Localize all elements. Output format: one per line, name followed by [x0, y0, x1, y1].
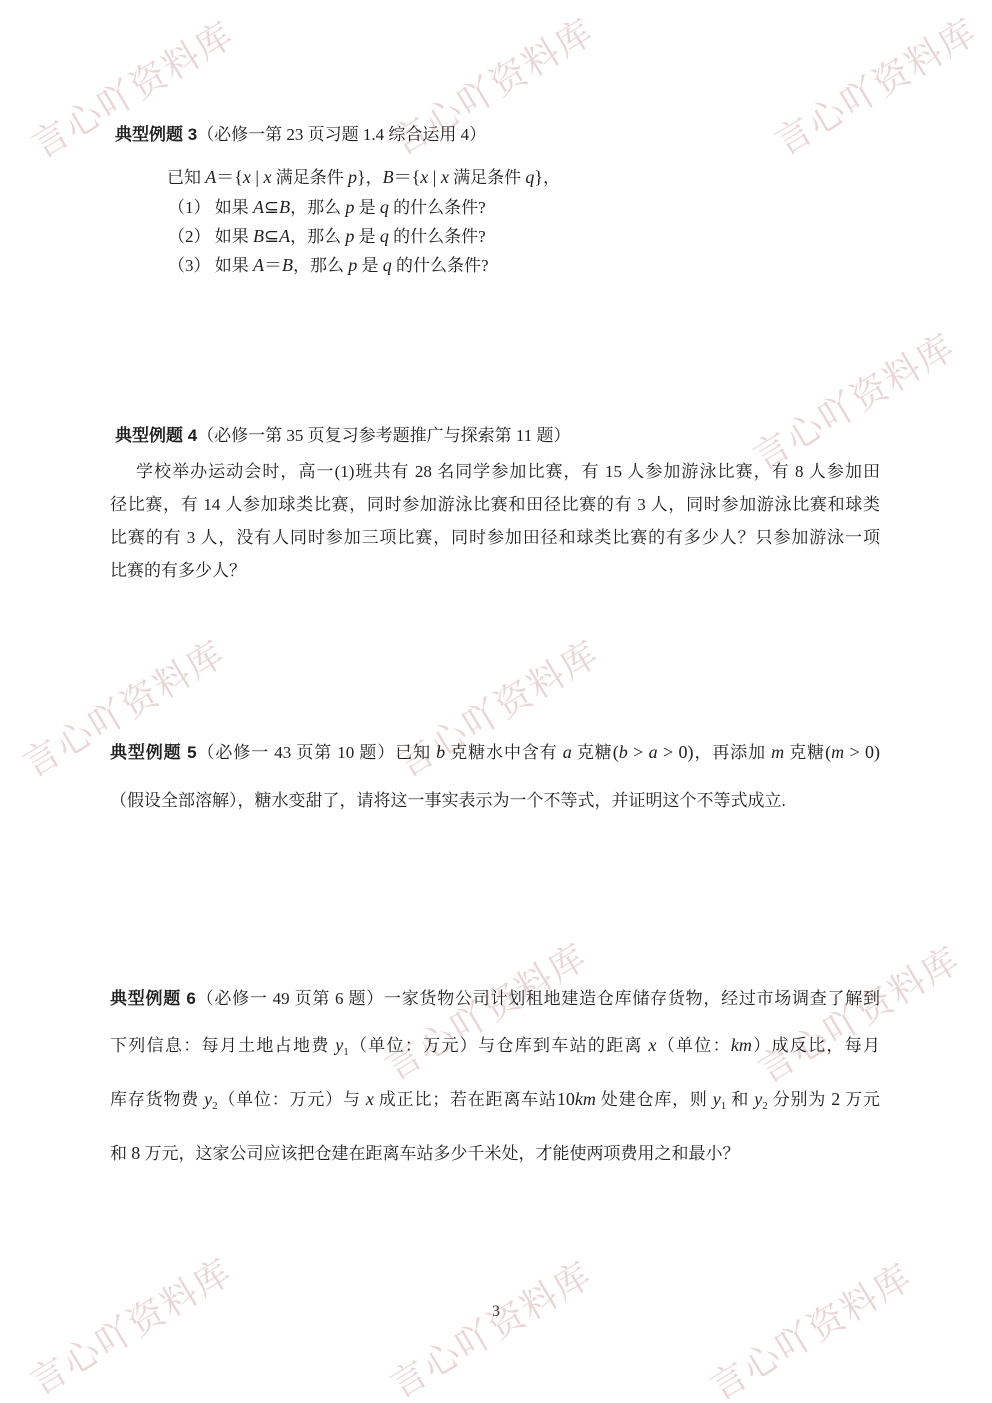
text-segment: 比赛的有 3 人，没有人同时参加三项比赛，同时参加田径和球类比赛的有多少人？只参… [110, 528, 880, 547]
text-segment: q [383, 255, 392, 275]
text-segment: } [357, 167, 366, 187]
text-segment: 的什么条件? [389, 198, 486, 217]
text-segment: 2 [831, 1089, 840, 1109]
text-segment: p [348, 167, 357, 187]
text-segment: y [204, 1089, 212, 1109]
text-segment: > 0) [658, 742, 694, 762]
text-segment: 学校举办运动会时，高一(1)班共有 28 名同学参加比赛，有 15 人参加游泳比… [136, 462, 880, 481]
text-segment: y [335, 1035, 343, 1055]
text-segment: x [264, 167, 272, 187]
example-5-line-2: （假设全部溶解），糖水变甜了，请将这一事实表示为一个不等式，并证明这个不等式成立… [110, 777, 880, 825]
text-segment: （3） 如果 [168, 256, 253, 275]
text-segment: B [282, 255, 293, 275]
text-segment: 典型例题 6 [110, 989, 196, 1008]
text-segment: p [345, 197, 354, 217]
text-segment: ， [543, 168, 560, 187]
text-segment: > [628, 742, 649, 762]
text-segment: ＝{ [216, 167, 243, 187]
text-segment: （假设全部溶解），糖水变甜了，请将这一事实表示为一个不等式，并证明这个不等式成立… [110, 791, 786, 810]
example-3-heading: 典型例题 3（必修一第 23 页习题 1.4 综合运用 4） [115, 120, 486, 145]
text-segment: （2） 如果 [168, 227, 253, 246]
text-segment: } [534, 167, 543, 187]
text-segment: m [831, 742, 844, 762]
text-segment: 下列信息：每月土地占地费 [110, 1036, 335, 1055]
text-segment: ，再添加 [694, 743, 772, 762]
text-segment: （必修一第 23 页习题 1.4 综合运用 4） [197, 125, 486, 144]
text-segment: 典型例题 3 [115, 125, 197, 144]
text-segment: b [619, 742, 628, 762]
text-segment: 的什么条件? [389, 227, 486, 246]
example-3-item-2: （2） 如果 B⊆A，那么 p 是 q 的什么条件? [168, 222, 486, 247]
example-4-paragraph: 学校举办运动会时，高一(1)班共有 28 名同学参加比赛，有 15 人参加游泳比… [110, 455, 880, 587]
text-segment: | [251, 167, 264, 187]
text-segment: 已知 [167, 168, 205, 187]
text-segment: p [348, 255, 357, 275]
example-6-paragraph: 典型例题 6（必修一 49 页第 6 题）一家货物公司计划租地建造仓库储存货物，… [110, 975, 880, 1177]
text-segment: m [771, 742, 784, 762]
text-segment: | [428, 167, 441, 187]
text-segment: 典型例题 4 [115, 426, 197, 445]
text-segment: 和 [726, 1090, 754, 1109]
example-4-line-4: 比赛的有多少人？ [110, 554, 880, 587]
text-segment: km [731, 1035, 752, 1055]
text-segment: x [243, 167, 251, 187]
text-segment: 是 [354, 227, 380, 246]
text-segment: （必修一 43 页第 10 题）已知 [197, 743, 437, 762]
example-3-item-3: （3） 如果 A＝B，那么 p 是 q 的什么条件? [168, 251, 489, 277]
example-3-given-line: 已知 A＝{x | x 满足条件 p}，B＝{x | x 满足条件 q}， [167, 163, 560, 189]
watermark-text: 言心吖资料库 [379, 1247, 601, 1403]
text-segment: 是 [354, 198, 380, 217]
text-segment: A [279, 226, 290, 246]
text-segment: ＝{ [394, 167, 421, 187]
text-segment: 克糖水中含有 [445, 743, 563, 762]
text-segment: 的什么条件? [392, 256, 489, 275]
example-4-line-1: 学校举办运动会时，高一(1)班共有 28 名同学参加比赛，有 15 人参加游泳比… [110, 455, 880, 488]
text-segment: （必修一 49 页第 6 题）一家货物公司计划租地建造仓库储存货物，经过市场调查… [196, 989, 880, 1008]
text-segment: （单位：万元）与仓库到车站的距离 [349, 1036, 649, 1055]
text-segment: B [279, 197, 290, 217]
text-segment: b [436, 742, 445, 762]
text-segment: ，那么 [290, 227, 345, 246]
text-segment: 克糖 [572, 743, 613, 762]
text-segment: y [713, 1089, 721, 1109]
example-6-line-2: 下列信息：每月土地占地费 y1（单位：万元）与仓库到车站的距离 x（单位：km）… [110, 1022, 880, 1076]
text-segment: A [253, 255, 264, 275]
example-4-line-3: 比赛的有 3 人，没有人同时参加三项比赛，同时参加田径和球类比赛的有多少人？只参… [110, 521, 880, 554]
text-segment: 分别为 [768, 1090, 832, 1109]
text-segment: A [253, 197, 264, 217]
text-segment: x [441, 167, 449, 187]
text-segment: 万元，这家公司应该把仓建在距离车站多少千米处，才能使两项费用之和最小？ [140, 1144, 739, 1163]
text-segment: 克糖 [784, 743, 825, 762]
text-segment: ）成反比，每月 [752, 1036, 880, 1055]
text-segment: 满足条件 [272, 168, 349, 187]
example-5-paragraph: 典型例题 5（必修一 43 页第 10 题）已知 b 克糖水中含有 a 克糖(b… [110, 728, 880, 825]
text-segment: 和 [110, 1144, 131, 1163]
text-segment: 万元 [840, 1090, 880, 1109]
text-segment: 处建仓库，则 [596, 1090, 713, 1109]
text-segment: a [649, 742, 658, 762]
text-segment: 库存货物费 [110, 1090, 204, 1109]
text-segment: 比赛的有多少人？ [110, 561, 246, 580]
text-segment: 径比赛，有 14 人参加球类比赛，同时参加游泳比赛和田径比赛的有 3 人，同时参… [110, 495, 880, 514]
text-segment: q [380, 197, 389, 217]
watermark-text: 言心吖资料库 [699, 1249, 921, 1403]
text-segment: （1） 如果 [168, 198, 253, 217]
text-segment: ⊆ [264, 197, 279, 217]
text-segment: （单位： [656, 1036, 731, 1055]
text-segment: 典型例题 5 [110, 743, 197, 762]
text-segment: B [383, 167, 394, 187]
text-segment: B [253, 226, 264, 246]
text-segment: ＝ [264, 255, 282, 275]
text-segment: > 0) [844, 742, 880, 762]
example-6-line-3: 库存货物费 y2（单位：万元）与 x 成正比；若在距离车站10km 处建仓库，则… [110, 1076, 880, 1130]
text-segment: y [754, 1089, 762, 1109]
text-segment: km [575, 1089, 596, 1109]
text-segment: 10 [557, 1089, 575, 1109]
page-number: 3 [456, 1303, 536, 1321]
text-segment: q [380, 226, 389, 246]
document-page: 言心吖资料库 言心吖资料库 言心吖资料库 言心吖资料库 言心吖资料库 言心吖资料… [0, 0, 992, 1403]
text-segment: 是 [357, 256, 383, 275]
example-4-heading: 典型例题 4（必修一第 35 页复习参考题推广与探索第 11 题） [115, 421, 571, 446]
text-segment: p [345, 226, 354, 246]
example-4-line-2: 径比赛，有 14 人参加球类比赛，同时参加游泳比赛和田径比赛的有 3 人，同时参… [110, 488, 880, 521]
example-6-line-4: 和 8 万元，这家公司应该把仓建在距离车站多少千米处，才能使两项费用之和最小？ [110, 1130, 880, 1177]
text-segment: 8 [131, 1143, 140, 1163]
text-segment: 满足条件 [449, 168, 526, 187]
example-3-item-1: （1） 如果 A⊆B，那么 p 是 q 的什么条件? [168, 193, 486, 218]
watermark-text: 言心吖资料库 [19, 1244, 241, 1403]
text-segment: a [563, 742, 572, 762]
text-segment: （单位：万元）与 [218, 1090, 366, 1109]
text-segment: ， [366, 168, 383, 187]
text-segment: ，那么 [290, 198, 345, 217]
text-segment: A [205, 167, 216, 187]
text-segment: （必修一第 35 页复习参考题推广与探索第 11 题） [197, 426, 570, 445]
text-segment: x [366, 1089, 374, 1109]
watermark-text: 言心吖资料库 [764, 4, 986, 165]
example-6-line-1: 典型例题 6（必修一 49 页第 6 题）一家货物公司计划租地建造仓库储存货物，… [110, 975, 880, 1022]
example-5-line-1: 典型例题 5（必修一 43 页第 10 题）已知 b 克糖水中含有 a 克糖(b… [110, 728, 880, 777]
text-segment: 成正比；若在距离车站 [374, 1090, 557, 1109]
text-segment: ⊆ [264, 226, 279, 246]
text-segment: ，那么 [293, 256, 348, 275]
